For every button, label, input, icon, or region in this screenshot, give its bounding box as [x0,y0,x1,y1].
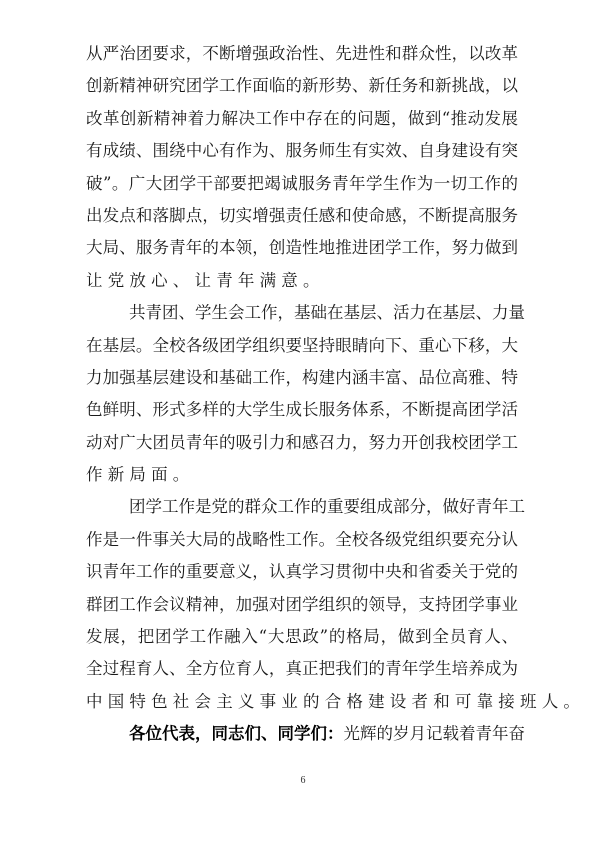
text-line: 改革创新精神着力解决工作中存在的问题，做到“推动发展 [86,103,518,135]
text-run: 光辉的岁月记载着青年奋 [344,724,526,743]
document-body: 从严治团要求，不断增强政治性、先进性和群众性，以改革 创新精神研究团学工作面临的… [86,38,518,751]
text-line: 中国特色社会主义事业的合格建设者和可靠接班人。 [86,686,518,718]
text-line: 大局、服务青年的本领，创造性地推进团学工作，努力做到 [86,232,518,264]
salutation: 各位代表，同志们、同学们： [129,724,344,743]
text-line: 全过程育人、全方位育人，真正把我们的青年学生培养成为 [86,653,518,685]
text-line: 创新精神研究团学工作面临的新形势、新任务和新挑战，以 [86,70,518,102]
text-line: 发展，把团学工作融入“大思政”的格局，做到全员育人、 [86,621,518,653]
text-line: 团学工作是党的群众工作的重要组成部分，做好青年工 [86,491,518,523]
text-line: 作是一件事关大局的战略性工作。全校各级党组织要充分认 [86,524,518,556]
text-line: 动对广大团员青年的吸引力和感召力，努力开创我校团学工 [86,427,518,459]
text-line: 色鲜明、形式多样的大学生成长服务体系，不断提高团学活 [86,394,518,426]
paragraph: 各位代表，同志们、同学们：光辉的岁月记载着青年奋 [86,718,518,750]
text-line: 出发点和落脚点，切实增强责任感和使命感，不断提高服务 [86,200,518,232]
text-line: 让党放心、让青年满意。 [86,265,518,297]
text-line: 识青年工作的重要意义，认真学习贯彻中央和省委关于党的 [86,556,518,588]
text-line: 力加强基层建设和基础工作，构建内涵丰富、品位高雅、特 [86,362,518,394]
text-line: 作新局面。 [86,459,518,491]
text-line: 共青团、学生会工作，基础在基层、活力在基层、力量 [86,297,518,329]
paragraph: 团学工作是党的群众工作的重要组成部分，做好青年工 作是一件事关大局的战略性工作。… [86,491,518,718]
text-line: 在基层。全校各级团学组织要坚持眼睛向下、重心下移，大 [86,330,518,362]
document-page: 从严治团要求，不断增强政治性、先进性和群众性，以改革 创新精神研究团学工作面临的… [0,0,606,841]
text-line: 从严治团要求，不断增强政治性、先进性和群众性，以改革 [86,38,518,70]
paragraph: 从严治团要求，不断增强政治性、先进性和群众性，以改革 创新精神研究团学工作面临的… [86,38,518,297]
text-line: 群团工作会议精神，加强对团学组织的领导，支持团学事业 [86,589,518,621]
text-line: 破”。广大团学干部要把竭诚服务青年学生作为一切工作的 [86,168,518,200]
page-number: 6 [0,775,606,786]
text-line: 有成绩、围绕中心有作为、服务师生有实效、自身建设有突 [86,135,518,167]
paragraph: 共青团、学生会工作，基础在基层、活力在基层、力量 在基层。全校各级团学组织要坚持… [86,297,518,491]
text-line: 各位代表，同志们、同学们：光辉的岁月记载着青年奋 [86,718,518,750]
